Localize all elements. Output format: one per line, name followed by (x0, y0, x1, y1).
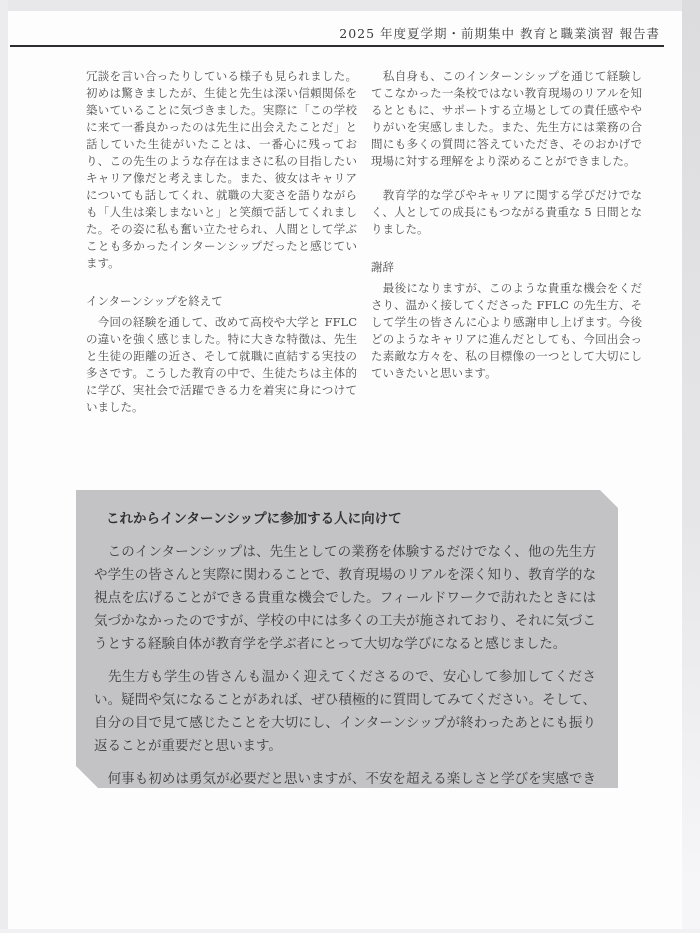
right-section-heading: 謝辞 (371, 259, 642, 276)
left-paragraph-1: 冗談を言い合ったりしている様子も見られました。初めは驚きましたが、生徒と先生は深… (86, 68, 357, 272)
right-paragraph-3: 最後になりますが、このような貴重な機会をくださり、温かく接してくださった FFL… (371, 280, 642, 382)
report-header-title: 2025 年度夏学期・前期集中 教育と職業演習 報告書 (10, 24, 660, 42)
advice-box-heading: これからインターンシップに参加する人に向けて (106, 507, 596, 527)
advice-paragraph-3: 何事も初めは勇気が必要だと思いますが、不安を超える楽しさと学びを実感できるでしょ… (94, 768, 596, 814)
advice-box: これからインターンシップに参加する人に向けて このインターンシップは、先生として… (76, 490, 618, 788)
body-columns: 冗談を言い合ったりしている様子も見られました。初めは驚きましたが、生徒と先生は深… (86, 68, 642, 416)
left-column: 冗談を言い合ったりしている様子も見られました。初めは驚きましたが、生徒と先生は深… (86, 68, 357, 416)
page-edge-left (0, 0, 8, 933)
advice-paragraph-2: 先生方も学生の皆さんも温かく迎えてくださるので、安心して参加してください。疑問や… (94, 666, 596, 758)
page-edge-bottom (0, 929, 700, 933)
page-edge-right (682, 0, 700, 933)
right-paragraph-1: 私自身も、このインターンシップを通じて経験してこなかった一条校ではない教育現場の… (371, 68, 642, 170)
left-paragraph-2: 今回の経験を通して、改めて高校や大学と FFLC の違いを強く感じました。特に大… (86, 314, 357, 416)
right-column: 私自身も、このインターンシップを通じて経験してこなかった一条校ではない教育現場の… (371, 68, 642, 416)
report-page: { "header": { "title": "2025 年度夏学期・前期集中 … (0, 0, 700, 933)
page-edge-top (0, 0, 700, 11)
advice-paragraph-1: このインターンシップは、先生としての業務を体験するだけでなく、他の先生方や学生の… (94, 541, 596, 656)
header-rule (10, 45, 664, 47)
left-section-heading: インターンシップを終えて (86, 293, 357, 310)
right-paragraph-2: 教育学的な学びやキャリアに関する学びだけでなく、人としての成長にもつながる貴重な… (371, 187, 642, 238)
